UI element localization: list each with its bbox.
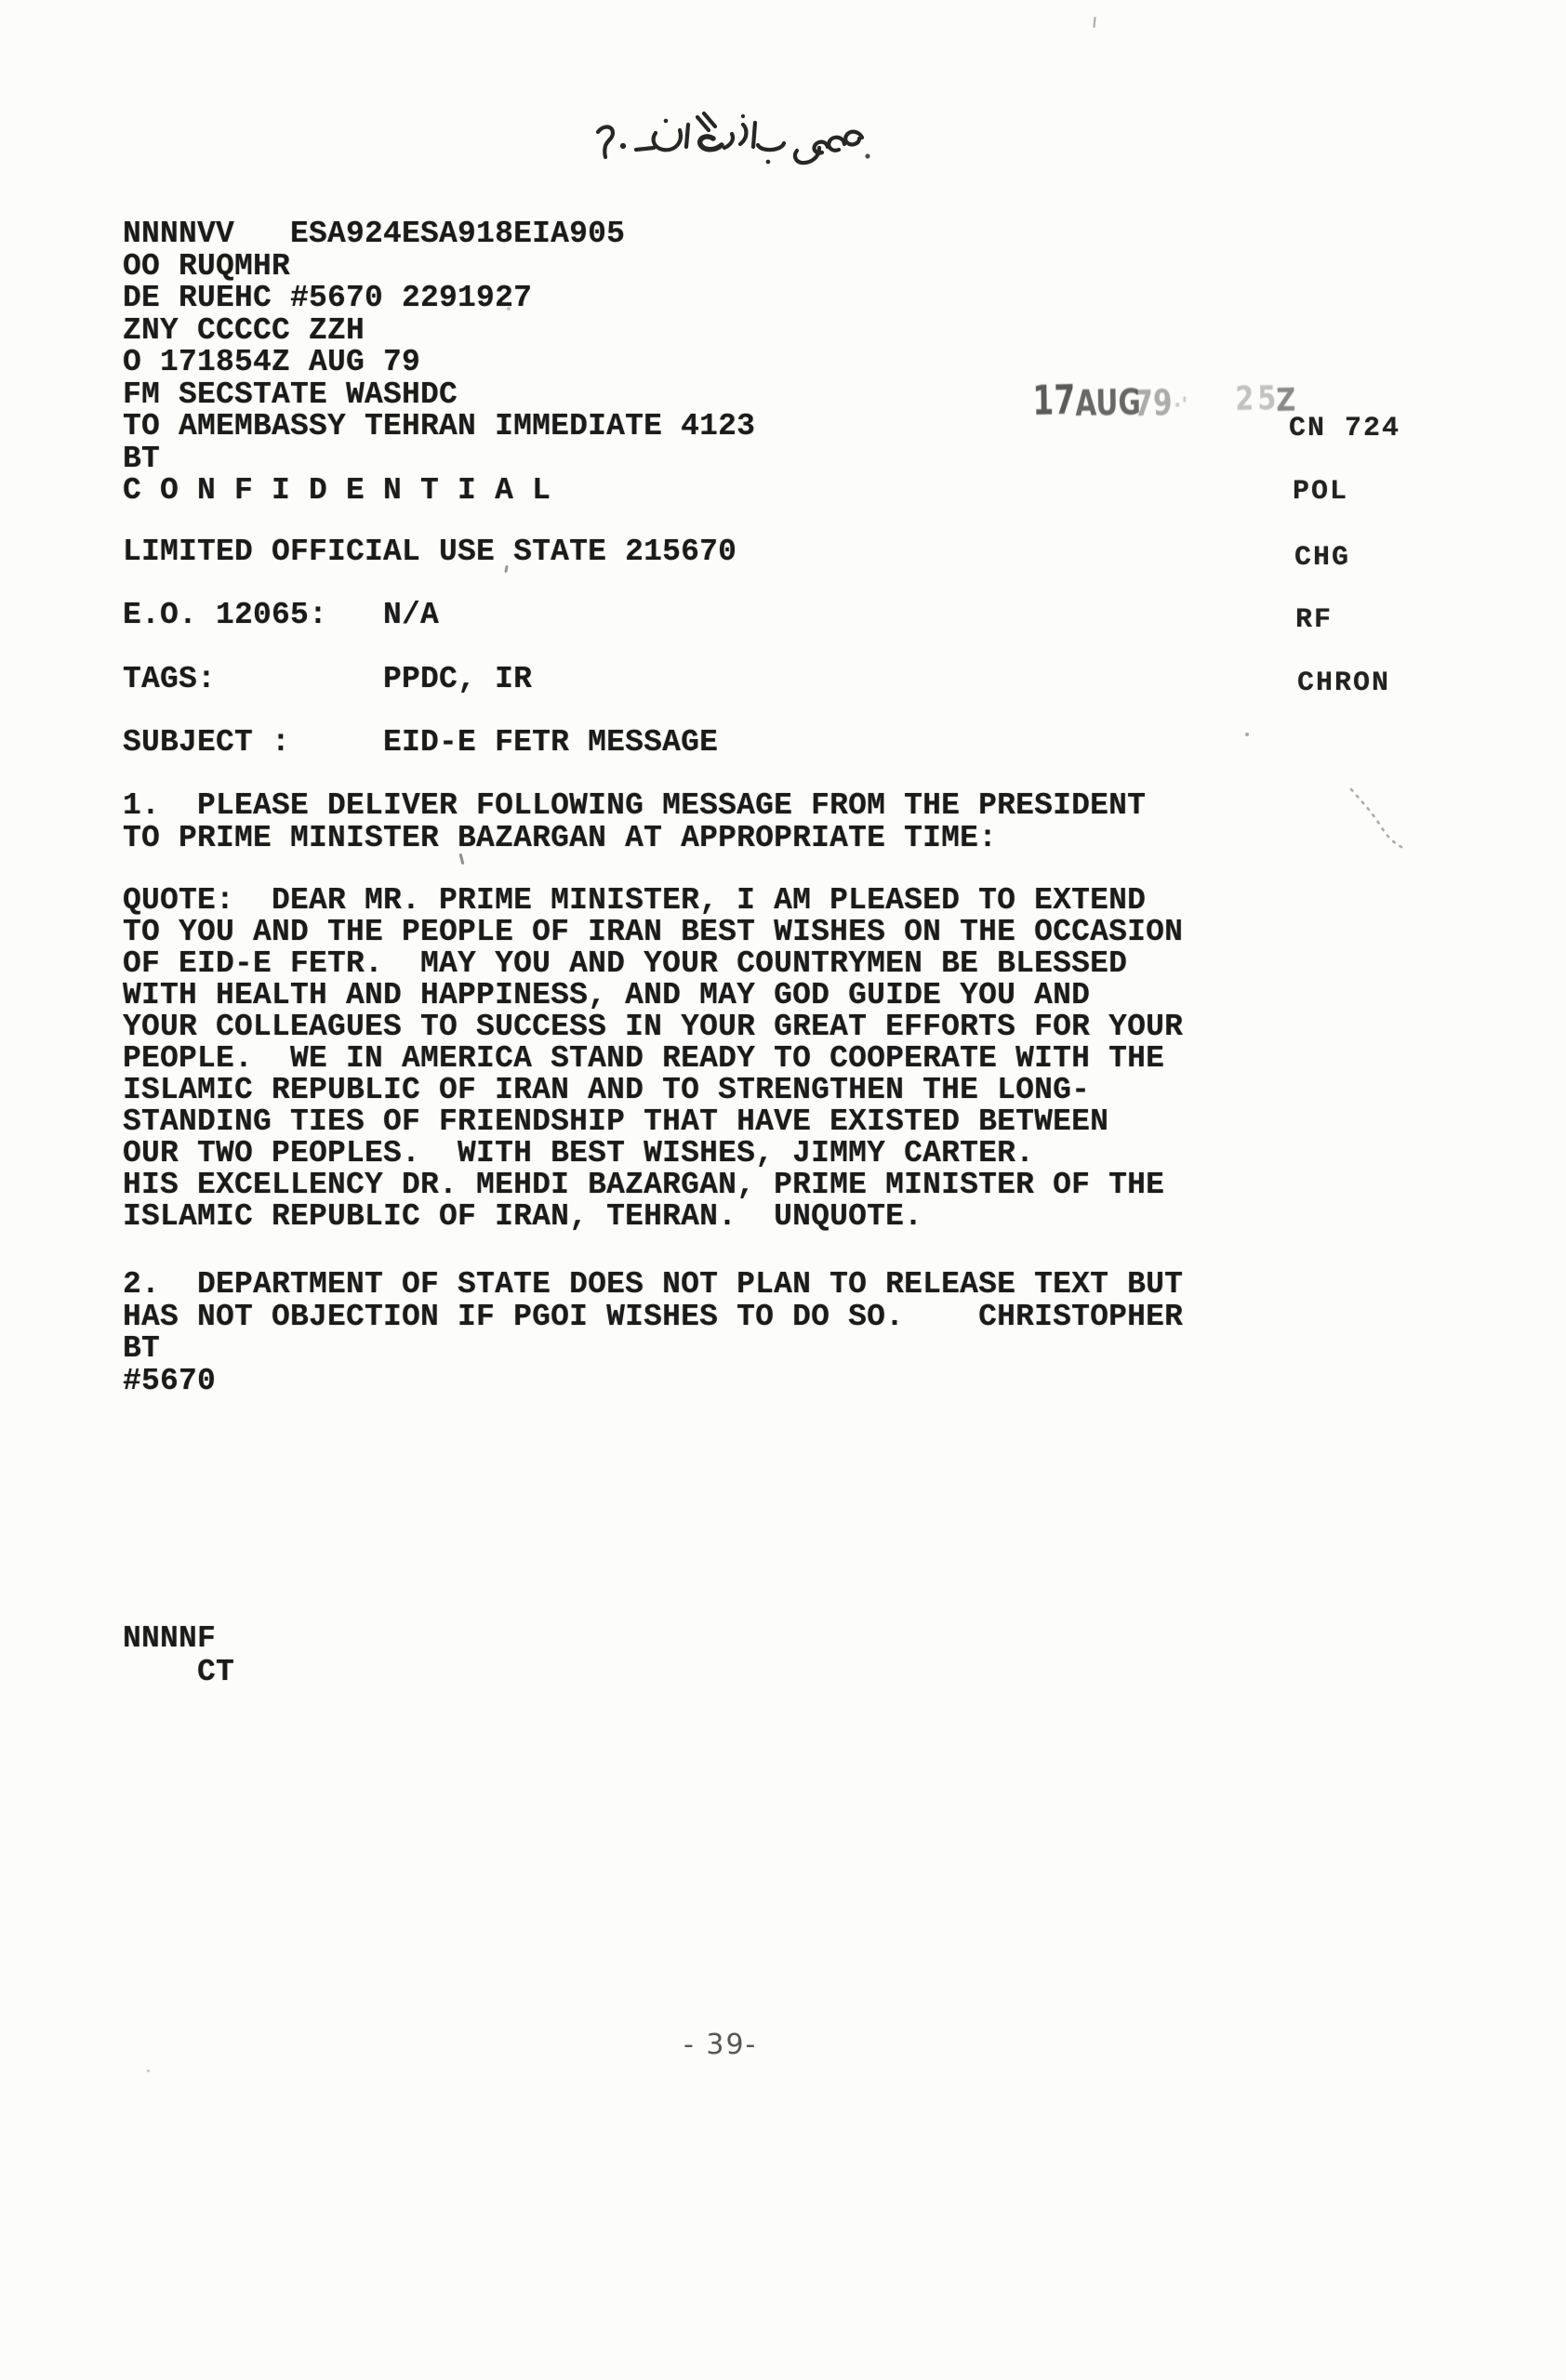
scanned-telegram-page: NNNNVV ESA924ESA918EIA905 OO RUQMHR DE R… xyxy=(0,0,1566,2380)
date-stamp-year: 79 xyxy=(1134,382,1173,424)
stray-mark xyxy=(1245,733,1249,736)
paragraph-2: 2. DEPARTMENT OF STATE DOES NOT PLAN TO … xyxy=(123,1269,1183,1397)
eo-line: E.O. 12065: N/A xyxy=(123,600,439,632)
cn-number: CN 724 xyxy=(1289,415,1400,443)
stray-mark xyxy=(1093,17,1095,28)
handwritten-farsi-note xyxy=(465,102,930,205)
date-stamp-faint-marks: ·' xyxy=(1174,394,1188,417)
distribution-chg: CHG xyxy=(1294,544,1350,572)
date-stamp-day: 17 xyxy=(1032,377,1076,425)
telegram-header-lines: NNNNVV ESA924ESA918EIA905 OO RUQMHR DE R… xyxy=(123,218,755,508)
distribution-rf: RF xyxy=(1295,606,1333,634)
tags-line: TAGS: PPDC, IR xyxy=(123,664,532,696)
distribution-chron: CHRON xyxy=(1297,669,1390,697)
date-stamp-month: AUG xyxy=(1075,381,1141,424)
stray-mark xyxy=(507,307,511,311)
date-stamp-time: 25 xyxy=(1235,379,1281,418)
stray-mark xyxy=(147,2069,150,2072)
stray-mark xyxy=(504,565,508,573)
stray-mark xyxy=(459,853,465,865)
footer-operator-lines: NNNNF CT xyxy=(123,1622,234,1689)
distribution-pol: POL xyxy=(1293,478,1348,506)
page-number: - 39- xyxy=(683,2029,757,2061)
subject-line: SUBJECT : EID-E FETR MESSAGE xyxy=(123,727,718,760)
paragraph-1: 1. PLEASE DELIVER FOLLOWING MESSAGE FROM… xyxy=(123,790,1146,854)
presidential-message-quote: QUOTE: DEAR MR. PRIME MINISTER, I AM PLE… xyxy=(123,885,1183,1233)
classification-line: LIMITED OFFICIAL USE STATE 215670 xyxy=(123,536,737,569)
ink-dot xyxy=(865,153,869,158)
pencil-scratch-mark xyxy=(1344,786,1418,855)
